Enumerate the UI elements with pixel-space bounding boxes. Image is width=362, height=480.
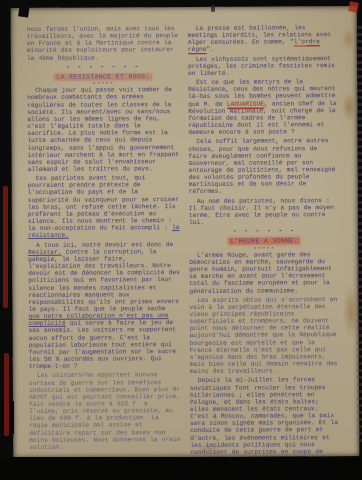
heading-underline: ----- (189, 245, 339, 251)
paragraph-presse: La presse est baillonnée, les meetings i… (188, 24, 338, 54)
section-heading-heure: L'HEURE A SONNE. ----- (189, 237, 339, 250)
ink-speck (211, 5, 215, 12)
adjacent-page-cutoff-glyphs (357, 26, 362, 446)
document-page: nous ferons l'union, mais avec tous les … (11, 6, 360, 458)
paragraph-martyrs: Est ce que les martyrs de la Résistance,… (188, 78, 338, 136)
paragraph-presse-post: ". (206, 46, 213, 53)
stain (342, 92, 357, 122)
red-marked-name-laguarigue: LAGUARIGUE (227, 100, 264, 107)
paragraph-esprits: Les esprits obtus qui s'accrochent en va… (189, 296, 339, 376)
paragraph-armee-rouge: L'armée Rouge, avant garde des Démocrati… (189, 251, 339, 295)
paragraph-patriotes: Ces patriotes avant tout, qui pourraient… (28, 174, 180, 239)
paragraph-resister-post: qui serve à faire le jeu de ses ennemis.… (29, 319, 176, 370)
separator-dashes: - - - - - - - (27, 64, 179, 72)
stain (196, 443, 222, 453)
stain (342, 28, 355, 50)
margin-mark-red-upper (3, 186, 8, 308)
scan-background-bottom (0, 457, 362, 480)
red-corner-tick (348, 1, 359, 13)
paragraph-choisir: Au nom des patriotes, nous disons : Il f… (189, 197, 339, 227)
paragraph-confiance: Cela suffit largement, entre autres chos… (188, 137, 338, 195)
paragraph-patriotes-text: Ces patriotes avant tout, qui pourraient… (28, 174, 179, 232)
paragraph-usiniers: Les usiniers/ne apportent aucune surtaxe… (29, 371, 181, 451)
margin-mark-red-lower (4, 353, 9, 436)
right-column: La presse est baillonnée, les meetings i… (188, 24, 341, 451)
section-heading-resistance: LA RESISTANCE ET NOUS. ----- (27, 73, 179, 86)
paragraph-resister: A tous ici, notre devoir est donc de Rés… (28, 241, 181, 371)
paragraph-vichyssois: Les vichyssois sont systématiquement pro… (188, 55, 338, 77)
paper-edge-notch (18, 3, 30, 17)
paragraph-chaque-jour: Chaque jour qui passe voit tomber de nom… (27, 86, 180, 173)
left-column: nous ferons l'union, mais avec tous les … (27, 25, 182, 452)
paragraph-resister-mid: Contre la corruption, la gabegie, le lai… (28, 248, 180, 313)
underlined-word-resister: Résister. (28, 248, 61, 255)
heading-underline: ----- (27, 80, 179, 86)
paragraph-union: nous ferons l'union, mais avec tous les … (27, 25, 179, 62)
separator-dashes: - - - - - - (189, 228, 339, 236)
